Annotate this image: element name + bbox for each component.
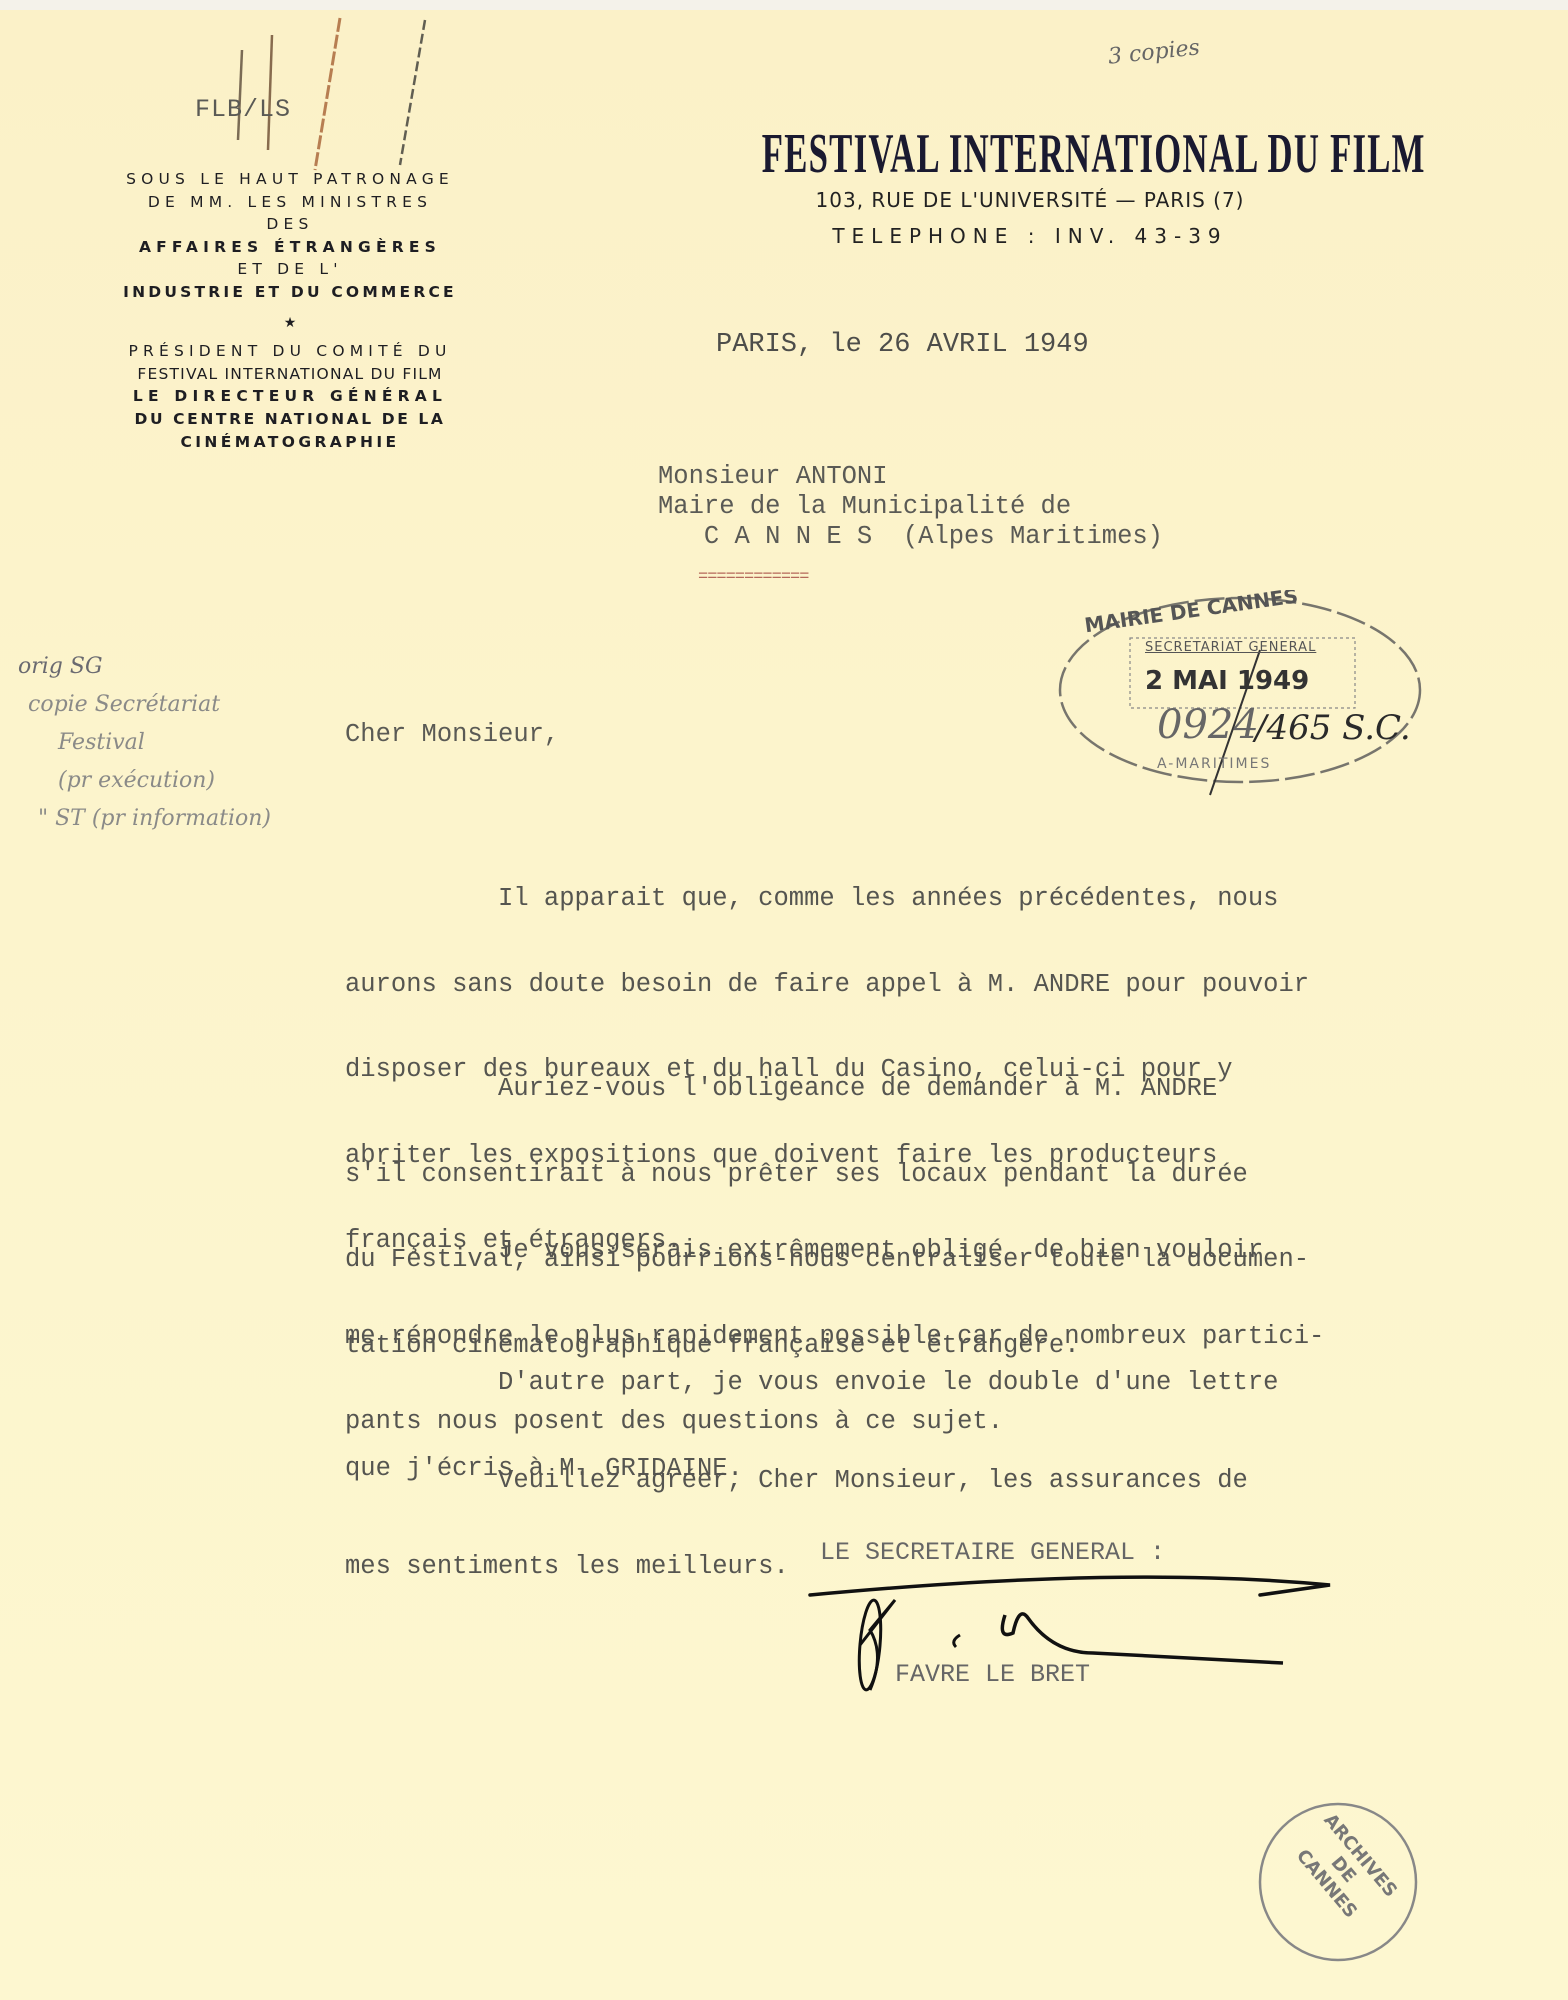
festival-address: 103, RUE DE L'UNIVERSITÉ — PARIS (7) <box>700 188 1360 212</box>
stamp-department: SECRETARIAT GENERAL <box>1145 640 1316 655</box>
patronage-line: DES <box>95 213 485 236</box>
paragraph-line: Il apparait que, comme les années précéd… <box>345 885 1565 914</box>
signatory-title: LE SECRETAIRE GENERAL : <box>820 1538 1165 1567</box>
margin-note: (pr exécution) <box>58 762 271 800</box>
patronage-line: SOUS LE HAUT PATRONAGE <box>95 168 485 191</box>
president-line: FESTIVAL INTERNATIONAL DU FILM <box>95 363 485 386</box>
letterhead-patronage-block: SOUS LE HAUT PATRONAGE DE MM. LES MINIST… <box>95 168 485 453</box>
mairie-received-stamp: MAIRIE DE CANNES SECRETARIAT GENERAL 2 M… <box>1045 590 1445 805</box>
reference-code: FLB/LS <box>195 95 291 124</box>
patronage-line: AFFAIRES ÉTRANGÈRES <box>95 236 485 259</box>
margin-note: " ST (pr information) <box>38 800 271 838</box>
recipient-city: C A N N E S (Alpes Maritimes) <box>658 522 1163 551</box>
president-line: DU CENTRE NATIONAL DE LA <box>95 408 485 431</box>
stamp-date: 2 MAI 1949 <box>1145 666 1309 696</box>
festival-phone: TELEPHONE : INV. 43-39 <box>700 224 1360 248</box>
stamp-arc-text: MAIRIE DE CANNES <box>1083 590 1299 637</box>
patronage-line: DE MM. LES MINISTRES <box>95 191 485 214</box>
president-line: CINÉMATOGRAPHIE <box>95 431 485 454</box>
margin-handwritten-notes: orig SG copie Secrétariat Festival (pr e… <box>18 648 271 838</box>
paragraph-line: Je vous serais extrêmement obligé de bie… <box>345 1237 1565 1266</box>
signatory-name: FAVRE LE BRET <box>895 1660 1090 1689</box>
festival-title: FESTIVAL INTERNATIONAL DU FILM <box>762 122 1296 186</box>
margin-note: Festival <box>58 724 271 762</box>
patronage-line: ET DE L' <box>95 258 485 281</box>
paragraph-line: aurons sans doute besoin de faire appel … <box>345 971 1565 1000</box>
paragraph-line: Auriez-vous l'obligeance de demander à M… <box>345 1075 1565 1104</box>
recipient-underline: ============ <box>698 568 808 587</box>
president-line: LE DIRECTEUR GÉNÉRAL <box>95 385 485 408</box>
star-icon: ★ <box>95 312 485 335</box>
stamp-bottom-text: A-MARITIMES <box>1157 756 1271 772</box>
letter-date: PARIS, le 26 AVRIL 1949 <box>716 330 1089 360</box>
patronage-line: INDUSTRIE ET DU COMMERCE <box>95 281 485 304</box>
archives-de-cannes-stamp: ARCHIVES DE CANNES <box>1253 1797 1423 1972</box>
paragraph-line: Veuillez agréer, Cher Monsieur, les assu… <box>345 1467 1565 1496</box>
margin-note: copie Secrétariat <box>28 686 271 724</box>
president-line: PRÉSIDENT DU COMITÉ DU <box>95 340 485 363</box>
stamp-handwritten-ref: /465 S.C. <box>1255 708 1411 748</box>
paragraph-line: D'autre part, je vous envoie le double d… <box>345 1369 1565 1398</box>
recipient-name: Monsieur ANTONI <box>658 462 888 491</box>
recipient-title: Maire de la Municipalité de <box>658 492 1071 521</box>
salutation: Cher Monsieur, <box>345 720 559 749</box>
margin-note: orig SG <box>18 648 271 686</box>
stamp-number: 0924 <box>1157 702 1259 748</box>
